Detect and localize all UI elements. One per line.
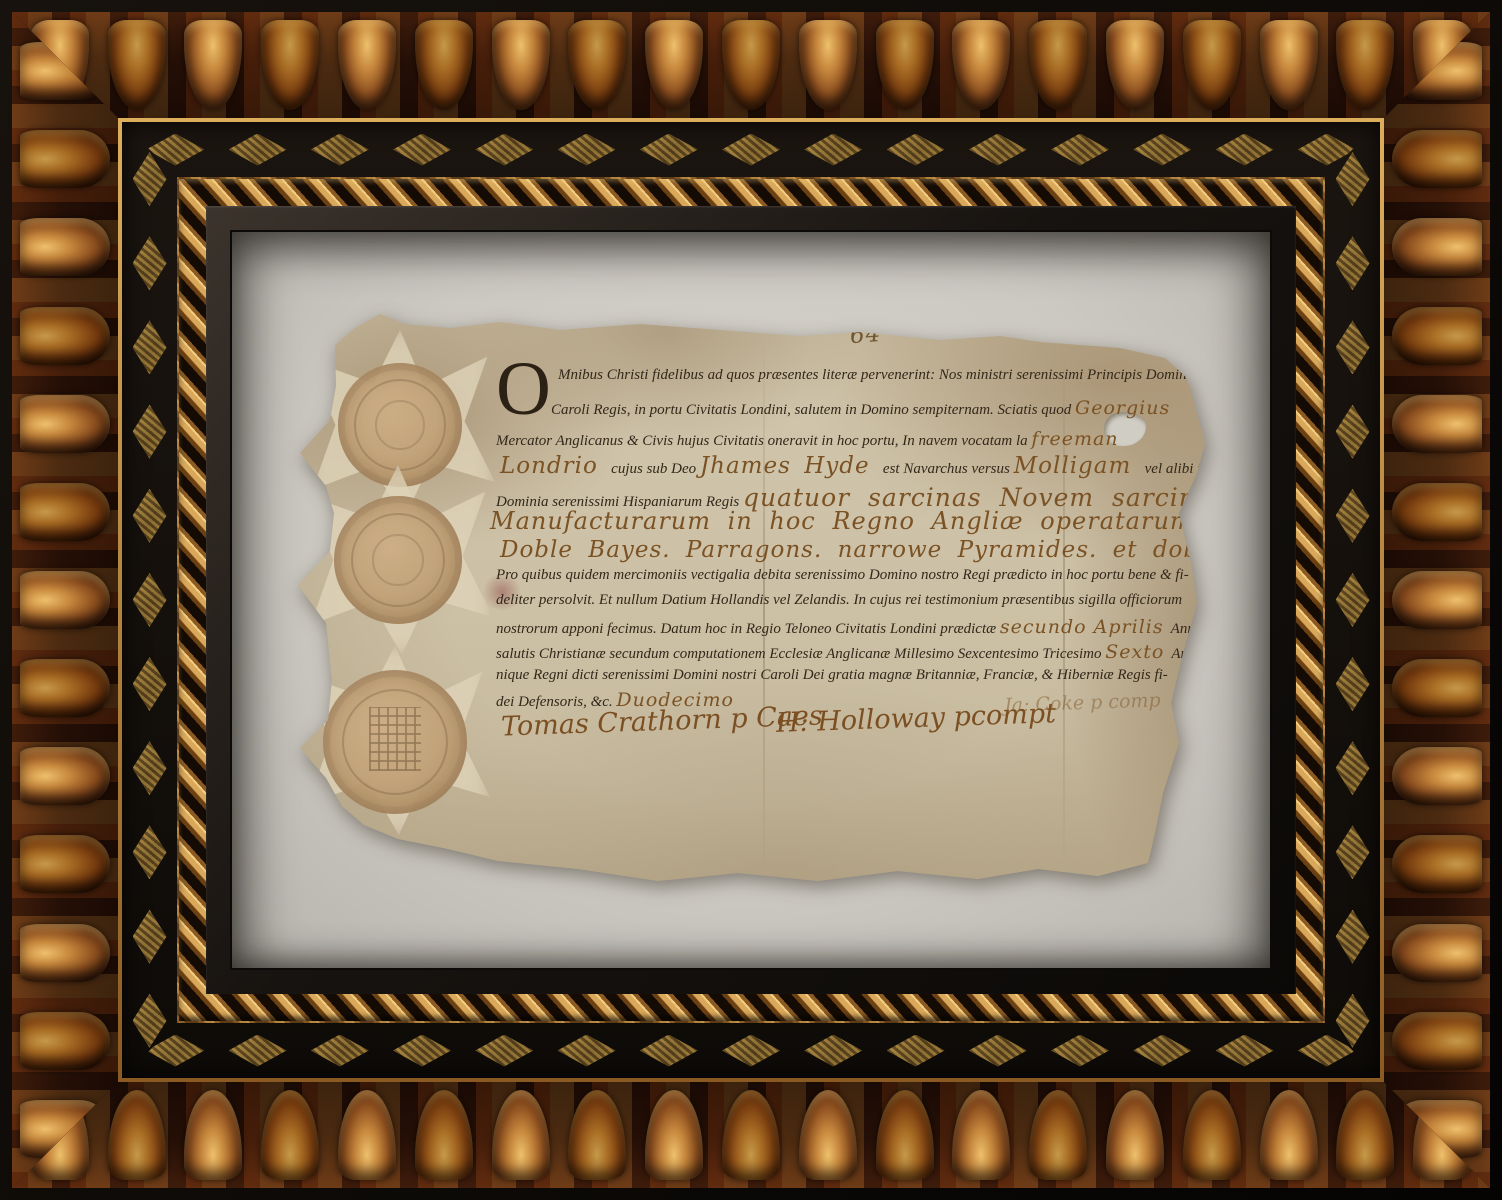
- diamond-ornament: [133, 825, 167, 879]
- carved-leaf-ornament: [1183, 1090, 1241, 1180]
- diamond-ornament: [804, 134, 862, 166]
- carved-leaf-ornament: [261, 20, 319, 110]
- drop-cap: O: [496, 358, 551, 420]
- printed-text: Anno: [1171, 621, 1203, 637]
- text-line: salutis Christianæ secundum computatione…: [496, 641, 1193, 663]
- text-line: nique Regni dicti serenissimi Domini nos…: [496, 666, 1168, 684]
- diamond-ornament: [133, 405, 167, 459]
- diamond-ornament: [133, 741, 167, 795]
- carved-leaf-ornament: [952, 1090, 1010, 1180]
- handwritten-text: Londrio: [500, 453, 611, 479]
- carved-leaf-ornament: [492, 1090, 550, 1180]
- carved-leaf-ornament: [722, 1090, 780, 1180]
- printed-text: deliter persolvit. Et nullum Datium Holl…: [496, 592, 1182, 608]
- carved-leaf-ornament: [799, 20, 857, 110]
- diamond-ornament: [1216, 1035, 1274, 1067]
- carved-leaf-ornament: [1392, 659, 1482, 717]
- carved-leaf-ornament: [20, 218, 110, 276]
- diamond-ornament: [133, 657, 167, 711]
- seal-ring: [372, 534, 423, 585]
- carved-leaf-ornament: [1392, 307, 1482, 365]
- text-line: nostrorum apponi fecimus. Datum hoc in R…: [496, 616, 1202, 638]
- carved-leaf-ornament: [799, 1090, 857, 1180]
- wax-seal-icon: [338, 363, 462, 487]
- carved-leaf-ornament: [20, 659, 110, 717]
- diamond-ornament: [1051, 134, 1109, 166]
- diamond-strip-right: [1325, 122, 1380, 1078]
- carved-leaf-ornament: [1392, 571, 1482, 629]
- carved-leaf-ornament: [1392, 835, 1482, 893]
- printed-text: vel alibi intra: [1145, 461, 1227, 477]
- handwritten-text: Molligam: [1014, 453, 1145, 479]
- diamond-ornament: [1133, 1035, 1191, 1067]
- diamond-ornament: [1336, 741, 1370, 795]
- carved-leaf-ornament: [1392, 483, 1482, 541]
- carved-leaf-ornament: [108, 20, 166, 110]
- carved-leaf-ornament: [1392, 747, 1482, 805]
- text-line: Mnibus Christi fidelibus ad quos præsent…: [558, 366, 1191, 384]
- parchment-document: 64 O Mnibus Christi fidelibus ad quos pr…: [298, 308, 1218, 908]
- carved-leaf-ornament: [568, 1090, 626, 1180]
- printed-text: salutis Christianæ secundum computatione…: [496, 646, 1105, 662]
- folio-number: 64: [849, 321, 882, 349]
- carved-leaf-ornament: [338, 20, 396, 110]
- carved-leaf-ornament: [184, 20, 242, 110]
- frame-carved-strip-right: [1384, 12, 1490, 1188]
- seal-ring: [375, 400, 425, 450]
- carved-leaf-ornament: [1106, 1090, 1164, 1180]
- diamond-ornament: [393, 134, 451, 166]
- diamond-ornament: [393, 1035, 451, 1067]
- carved-leaf-ornament: [492, 20, 550, 110]
- diamond-ornament: [887, 134, 945, 166]
- printed-text: nostrorum apponi fecimus. Datum hoc in R…: [496, 621, 1000, 637]
- diamond-ornament: [1336, 573, 1370, 627]
- diamond-ornament: [887, 1035, 945, 1067]
- handwritten-text: freeman: [1031, 428, 1118, 450]
- parchment-sheet: 64 O Mnibus Christi fidelibus ad quos pr…: [298, 308, 1218, 908]
- diamond-ornament: [558, 1035, 616, 1067]
- printed-text: nique Regni dicti serenissimi Domini nos…: [496, 667, 1168, 683]
- diamond-ornament: [133, 489, 167, 543]
- text-line: Pro quibus quidem mercimoniis vectigalia…: [496, 566, 1189, 584]
- handwritten-text: Georgius: [1075, 397, 1170, 419]
- carved-leaf-ornament: [415, 1090, 473, 1180]
- diamond-ornament: [1336, 405, 1370, 459]
- carved-leaf-ornament: [1336, 1090, 1394, 1180]
- carved-leaf-ornament: [568, 20, 626, 110]
- portcullis-emboss: [369, 707, 421, 770]
- diamond-ornament: [722, 134, 780, 166]
- diamond-ornament: [969, 1035, 1027, 1067]
- diamond-ornament: [1336, 320, 1370, 374]
- text-line: Caroli Regis, in portu Civitatis Londini…: [551, 397, 1170, 419]
- carved-leaf-ornament: [20, 130, 110, 188]
- handwritten-text: secundo Aprilis: [1000, 616, 1171, 638]
- frame-carved-strip-bottom: [12, 1082, 1490, 1188]
- diamond-ornament: [558, 134, 616, 166]
- handwritten-text: Jhames Hyde: [700, 453, 883, 479]
- diamond-strip-top: [122, 122, 1380, 177]
- carved-leaf-ornament: [1392, 1012, 1482, 1070]
- carved-leaf-ornament: [20, 395, 110, 453]
- carved-leaf-ornament: [20, 835, 110, 893]
- diamond-ornament: [311, 134, 369, 166]
- signature: Ja: Coke p comp: [1004, 689, 1161, 716]
- carved-leaf-ornament: [1260, 1090, 1318, 1180]
- diamond-ornament: [1133, 134, 1191, 166]
- diamond-strip-left: [122, 122, 177, 1078]
- printed-text: cujus sub Deo: [611, 461, 700, 477]
- carved-leaf-ornament: [108, 1090, 166, 1180]
- printed-text: Mercator Anglicanus & Civis hujus Civita…: [496, 433, 1031, 449]
- carved-leaf-ornament: [20, 571, 110, 629]
- diamond-ornament: [475, 134, 533, 166]
- diamond-ornament: [1336, 489, 1370, 543]
- diamond-strip-bottom: [122, 1023, 1380, 1078]
- carved-leaf-ornament: [20, 747, 110, 805]
- diamond-ornament: [133, 320, 167, 374]
- diamond-ornament: [1336, 825, 1370, 879]
- mat-board: 64 O Mnibus Christi fidelibus ad quos pr…: [230, 230, 1272, 970]
- text-line: Doble Bayes. Parragons. narrowe Pyramide…: [500, 537, 1355, 563]
- carved-leaf-ornament: [1392, 395, 1482, 453]
- diamond-ornament: [1336, 910, 1370, 964]
- wax-seal-icon: [323, 670, 467, 814]
- diamond-ornament: [475, 1035, 533, 1067]
- carved-leaf-ornament: [1106, 20, 1164, 110]
- carved-leaf-ornament: [1392, 218, 1482, 276]
- carved-leaf-ornament: [338, 1090, 396, 1180]
- carved-leaf-ornament: [415, 20, 473, 110]
- frame-carved-strip-top: [12, 12, 1490, 118]
- diamond-ornament: [133, 910, 167, 964]
- carved-leaf-ornament: [645, 1090, 703, 1180]
- carved-leaf-ornament: [261, 1090, 319, 1180]
- diamond-ornament: [1051, 1035, 1109, 1067]
- carved-leaf-ornament: [952, 20, 1010, 110]
- text-line: Mercator Anglicanus & Civis hujus Civita…: [496, 428, 1119, 450]
- printed-text: An-: [1171, 646, 1193, 662]
- carved-leaf-ornament: [722, 20, 780, 110]
- diamond-ornament: [722, 1035, 780, 1067]
- printed-text: est Navarchus versus: [883, 461, 1014, 477]
- carved-leaf-ornament: [876, 20, 934, 110]
- diamond-ornament: [804, 1035, 862, 1067]
- carved-leaf-ornament: [1183, 20, 1241, 110]
- carved-leaf-ornament: [20, 1012, 110, 1070]
- frame-carved-strip-left: [12, 12, 118, 1188]
- diamond-ornament: [133, 573, 167, 627]
- text-line: Londrio cujus sub Deo Jhames Hyde est Na…: [500, 453, 1226, 479]
- handwritten-text: Doble Bayes. Parragons. narrowe Pyramide…: [500, 537, 1355, 563]
- diamond-ornament: [1336, 657, 1370, 711]
- carved-leaf-ornament: [1029, 1090, 1087, 1180]
- framed-document-photo: 64 O Mnibus Christi fidelibus ad quos pr…: [0, 0, 1502, 1200]
- diamond-ornament: [640, 134, 698, 166]
- carved-leaf-ornament: [1392, 924, 1482, 982]
- carved-leaf-ornament: [20, 483, 110, 541]
- carved-leaf-ornament: [645, 20, 703, 110]
- carved-leaf-ornament: [20, 924, 110, 982]
- text-line: deliter persolvit. Et nullum Datium Holl…: [496, 591, 1182, 609]
- carved-leaf-ornament: [184, 1090, 242, 1180]
- diamond-ornament: [969, 134, 1027, 166]
- printed-text: Pro quibus quidem mercimoniis vectigalia…: [496, 567, 1189, 583]
- diamond-ornament: [311, 1035, 369, 1067]
- printed-text: Mnibus Christi fidelibus ad quos præsent…: [558, 367, 1191, 383]
- diamond-ornament: [133, 236, 167, 290]
- printed-text: Caroli Regis, in portu Civitatis Londini…: [551, 402, 1075, 418]
- carved-leaf-ornament: [1392, 130, 1482, 188]
- carved-leaf-ornament: [1029, 20, 1087, 110]
- diamond-ornament: [1336, 236, 1370, 290]
- carved-leaf-ornament: [876, 1090, 934, 1180]
- handwritten-text: Sexto: [1105, 641, 1171, 663]
- carved-leaf-ornament: [1336, 20, 1394, 110]
- carved-leaf-ornament: [20, 307, 110, 365]
- carved-leaf-ornament: [1260, 20, 1318, 110]
- diamond-ornament: [229, 134, 287, 166]
- fold-crease: [298, 308, 1098, 310]
- diamond-ornament: [229, 1035, 287, 1067]
- diamond-ornament: [640, 1035, 698, 1067]
- wax-seal-icon: [334, 496, 462, 624]
- diamond-ornament: [1216, 134, 1274, 166]
